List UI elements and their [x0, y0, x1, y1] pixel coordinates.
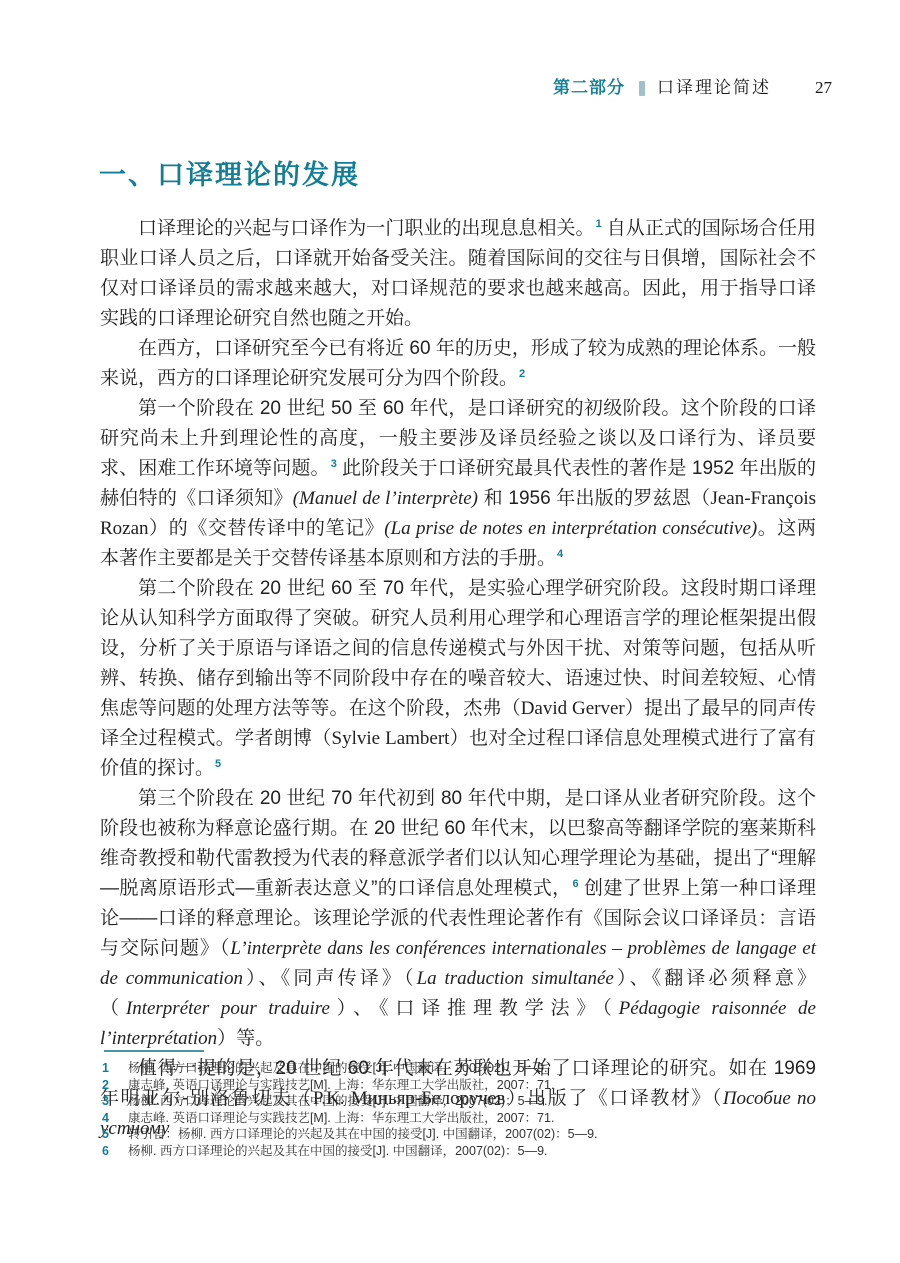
text-segment: La traduction simultanée — [417, 968, 614, 989]
body-paragraph: 第二个阶段在 20 世纪 60 至 70 年代，是实验心理学研究阶段。这段时期口… — [100, 574, 816, 784]
text-segment: 口译理论的兴起与口译作为一门职业的出现息息相关。 — [138, 218, 595, 239]
footnote-number: 3 — [102, 1093, 128, 1110]
text-segment: 和 1956 年出版的罗兹恩（ — [478, 488, 710, 509]
text-segment: David Gerver — [521, 698, 625, 719]
footnote-number: 1 — [102, 1060, 128, 1077]
text-segment: Interpréter pour traduire — [126, 998, 330, 1019]
footnote-text: 杨柳. 西方口译理论的兴起及其在中国的接受[J]. 中国翻译，2007(02)：… — [128, 1093, 752, 1110]
footnote-number: 5 — [102, 1126, 128, 1143]
footnotes-list: 1杨柳. 西方口译理论的兴起及其在中国的接受[J]. 中国翻译，2007(02)… — [102, 1060, 752, 1159]
footnote-text: 康志峰. 英语口译理论与实践技艺[M]. 上海：华东理工大学出版社，2007：7… — [128, 1110, 752, 1127]
footnote-divider — [104, 1050, 204, 1052]
footnote-text: 杨柳. 西方口译理论的兴起及其在中国的接受[J]. 中国翻译，2007(02)：… — [128, 1143, 752, 1160]
header-chapter-title: 口译理论简述 — [657, 78, 771, 98]
footnote-number: 2 — [102, 1077, 128, 1094]
text-segment: Sylvie Lambert — [332, 728, 450, 749]
footnote-text: 杨柳. 西方口译理论的兴起及其在中国的接受[J]. 中国翻译，2007(02)：… — [128, 1060, 752, 1077]
text-segment: (Manuel de l’interprète) — [293, 488, 478, 509]
text-segment: ）、《同声传译》（ — [243, 968, 417, 989]
footnote-ref: 1 — [596, 218, 602, 230]
footnote-item: 6杨柳. 西方口译理论的兴起及其在中国的接受[J]. 中国翻译，2007(02)… — [102, 1143, 752, 1160]
body-paragraph: 第一个阶段在 20 世纪 50 至 60 年代，是口译研究的初级阶段。这个阶段的… — [100, 394, 816, 574]
footnote-item: 1杨柳. 西方口译理论的兴起及其在中国的接受[J]. 中国翻译，2007(02)… — [102, 1060, 752, 1077]
body-paragraph: 口译理论的兴起与口译作为一门职业的出现息息相关。1自从正式的国际场合任用职业口译… — [100, 214, 816, 334]
footnote-item: 4康志峰. 英语口译理论与实践技艺[M]. 上海：华东理工大学出版社，2007：… — [102, 1110, 752, 1127]
body-paragraph: 第三个阶段在 20 世纪 70 年代初到 80 年代中期，是口译从业者研究阶段。… — [100, 784, 816, 1054]
footnote-ref: 4 — [557, 548, 563, 560]
text-segment: ）的《交替传译中的笔记》 — [149, 518, 385, 539]
text-segment: 在西方，口译研究至今已有将近 60 年的历史，形成了较为成熟的理论体系。一般来说… — [100, 338, 816, 389]
footnote-item: 2康志峰. 英语口译理论与实践技艺[M]. 上海：华东理工大学出版社，2007：… — [102, 1077, 752, 1094]
footnote-text: 转引自：杨柳. 西方口译理论的兴起及其在中国的接受[J]. 中国翻译，2007(… — [128, 1126, 752, 1143]
header-part-label: 第二部分 — [553, 78, 625, 98]
footnote-text: 康志峰. 英语口译理论与实践技艺[M]. 上海：华东理工大学出版社，2007：7… — [128, 1077, 752, 1094]
header-page-number: 27 — [815, 78, 832, 98]
body-paragraph: 在西方，口译研究至今已有将近 60 年的历史，形成了较为成熟的理论体系。一般来说… — [100, 334, 816, 394]
section-title: 一、口译理论的发展 — [99, 153, 360, 192]
footnote-ref: 3 — [331, 458, 337, 470]
footnote-number: 6 — [102, 1143, 128, 1160]
text-segment: ）等。 — [217, 1028, 274, 1049]
footnote-item: 5转引自：杨柳. 西方口译理论的兴起及其在中国的接受[J]. 中国翻译，2007… — [102, 1126, 752, 1143]
text-segment: ）、《口译推理教学法》（ — [330, 998, 619, 1019]
header-separator-bar — [639, 81, 645, 96]
footnote-number: 4 — [102, 1110, 128, 1127]
text-segment: (La prise de notes en interprétation con… — [384, 518, 757, 539]
body-text: 口译理论的兴起与口译作为一门职业的出现息息相关。1自从正式的国际场合任用职业口译… — [100, 214, 816, 1144]
footnote-ref: 2 — [519, 368, 525, 380]
footnote-ref: 5 — [215, 758, 221, 770]
running-header: 第二部分 口译理论简述 27 — [553, 78, 832, 98]
footnote-ref: 6 — [572, 878, 578, 890]
book-page: 第二部分 口译理论简述 27 一、口译理论的发展 口译理论的兴起与口译作为一门职… — [0, 0, 900, 1263]
footnote-item: 3杨柳. 西方口译理论的兴起及其在中国的接受[J]. 中国翻译，2007(02)… — [102, 1093, 752, 1110]
